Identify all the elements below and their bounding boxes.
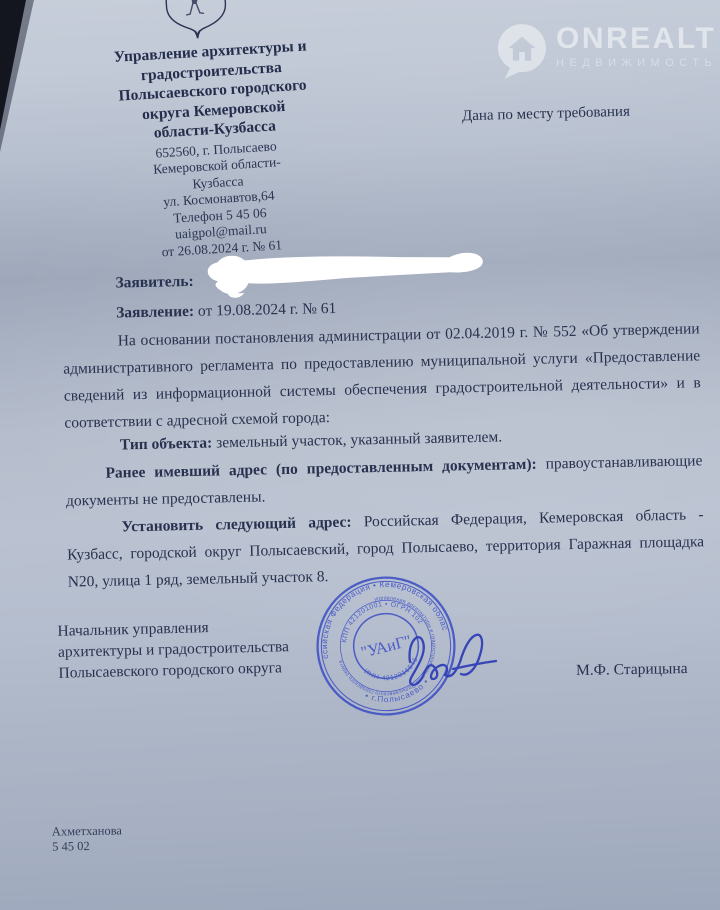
handwritten-signature	[396, 612, 521, 702]
onrealt-watermark: ONREALT НЕДВИЖИМОСТЬ	[497, 22, 717, 80]
object-type-label: Тип объекта:	[120, 435, 213, 454]
applicant-label: Заявитель:	[115, 273, 194, 292]
applicant-line: Заявитель:	[115, 268, 194, 297]
signer-name: М.Ф. Старицына	[576, 660, 688, 680]
executor-contact: Ахметханова 5 45 02	[52, 823, 123, 854]
watermark-text: ONREALT НЕДВИЖИМОСТЬ	[556, 22, 717, 69]
letterhead: Управление архитектуры и градостроительс…	[64, 34, 368, 266]
basis-paragraph: На основании постановления администрации…	[62, 315, 701, 436]
document-photo: ONREALT НЕДВИЖИМОСТЬ Управление архитект…	[0, 0, 720, 910]
signer-position: Начальник управления архитектуры и градо…	[57, 615, 289, 684]
new-address-label: Установить следующий адрес:	[121, 514, 351, 536]
issued-on-demand-note: Дана по месту требования	[462, 104, 630, 126]
executor-name: Ахметханова	[52, 823, 122, 839]
application-label: Заявление:	[116, 303, 194, 322]
previous-address-label: Ранее имевший адрес (по предоставленным …	[105, 456, 537, 482]
signer-position-line: Полысаевского городского округа	[58, 657, 289, 684]
redaction-mark	[197, 242, 489, 306]
object-type-value: земельный участок, указанный заявителем.	[216, 428, 502, 451]
watermark-brand: ONREALT	[556, 22, 717, 56]
watermark-subtitle: НЕДВИЖИМОСТЬ	[556, 57, 717, 69]
executor-phone: 5 45 02	[52, 838, 122, 854]
house-pin-icon	[497, 22, 547, 80]
